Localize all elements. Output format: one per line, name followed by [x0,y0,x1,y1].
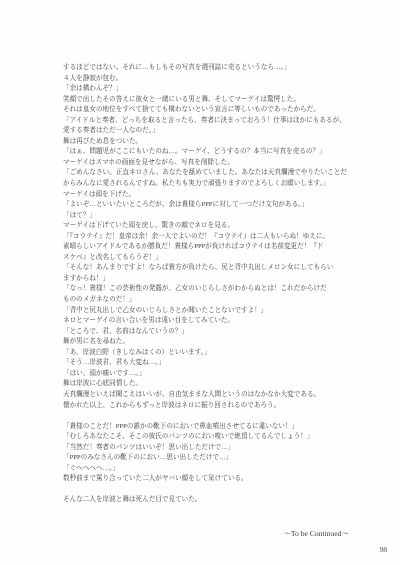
text-line: 素晴らしいアイドルであるか勝負だ！貴様らPPPが負ければコウテイは名前変更だ！『… [63,242,349,253]
text-line: 「あ、岸波白野（きしなみはくの）といいます。」 [63,348,349,359]
text-line: からみんなに愛されるんですね。私たちも実力で頑張りますのでよろしくお願いします。… [63,179,349,190]
text-line: 舞は再びため息をついた。 [63,137,349,148]
text-line: 「よいぞ…といいたいところだが、余は貴様らPPPに対して一つだけ文句がある。」 [63,200,349,211]
text-line: 懐かれた以上、これからもずっと岸波はネロに振り回されるのであろう。 [63,401,349,412]
text-line: 舞は岸波に心底同情した。 [63,379,349,390]
text-line: するほどではない。それに…もしもその写真を週刊誌に売るというなら…。」 [63,63,349,74]
text-line: 「『コウテイ』だ！皇帝は余！余一人でよいのだ！『コウテイ』は二人もいらぬ！ゆえに… [63,232,349,243]
text-line: 「なっ！貴様！この芸術性の発露が、乙女のいじらしさがわからぬとは！これだからけだ [63,284,349,295]
text-line: スケベ』と改名してもらうぞ！」 [63,253,349,264]
text-line: 「はて？」 [63,211,349,222]
text-line: 「当然だ！奏者のパンツはいいぞ！思い出しただけで…」 [63,443,349,454]
text-line: 「そんな！あんまりですよ！ならば貴方が負けたら、尻と背中丸出しメロン女にしてもら… [63,263,349,274]
text-line: 「PPPのみなさんの靴下のにおい…思い出しただけで…」 [63,453,349,464]
text-line: 「余は構わんぞ？」 [63,84,349,95]
page-text-block: するほどではない。それに…もしもその写真を週刊誌に売るというなら…。」４人を静寂… [63,63,349,539]
text-line: マーゲイはスマホの画面を見せながら、写真を削除した。 [63,158,349,169]
text-line: ４人を静寂が包む。 [63,74,349,85]
text-line: 舞が男に名を尋ねた。 [63,337,349,348]
to-be-continued-label: ～To be Continued～ [63,528,349,539]
text-line: 「はい、頭が痛いです…。」 [63,369,349,380]
novel-page: するほどではない。それに…もしもその写真を週刊誌に売るというなら…。」４人を静寂… [0,0,400,565]
text-line: 笑顔で出したその答えに彼女と一緒にいる男と舞、そしてマーゲイは驚愕した。 [63,95,349,106]
text-line: 「ごめんなさい。正直ネロさん、あなたを舐めていました。あなたは天真爛漫でやりたい… [63,168,349,179]
text-line: 天真爛漫といえば聞こえはいいが、自由気ままな人間というのはなかなか大変である。 [63,390,349,401]
text-line: もののメガネなのだ！」 [63,295,349,306]
text-line: 「むしろあなたこそ、そこの彼氏のパンツのにおい嗅いで絶頂してるんでしょう！」 [63,432,349,443]
text-line: それは皇女の地位をすべて捨てても構わないという宣言に等しいものであったからだ。 [63,105,349,116]
text-line: マーゲイは下げていた頭を戻し、驚きの顔でネロを見る。 [63,221,349,232]
text-line: 「はぁ、問題児がここにもいたのね…。マーゲイ、どうするの？本当に写真を売るの？」 [63,147,349,158]
text-lines-container: するほどではない。それに…もしもその写真を週刊誌に売るというなら…。」４人を静寂… [63,63,349,506]
text-line: 「貴様のことだ！PPPの誰かの靴下のにおいで鼻血噴出させてるに違いない！」 [63,422,349,433]
text-line: マーゲイは頭を下げた。 [63,190,349,201]
text-line [63,411,349,422]
text-line: そんな二人を岸波と舞は死んだ目で見ていた。 [63,495,349,506]
page-number: 98 [380,545,388,554]
text-line: 数秒前まで罵り合っていた二人がヤバい顔をして呆けている。 [63,474,349,485]
text-line: ますからね！」 [63,274,349,285]
text-line: 「ぐへへへへ…。」 [63,464,349,475]
text-line: ネロとマーゲイの言い合いを男は遠い目をしてみていた。 [63,316,349,327]
text-line: 「アイドルと奏者、どっちを取ると言ったら、奏者に決まっておろう！仕事はほかにもあ… [63,116,349,127]
text-line: 「ところで、君、名前はなんていうの？」 [63,327,349,338]
text-line: 愛する奏者はただ一人なのだ。」 [63,126,349,137]
text-line [63,485,349,496]
text-line: 「背中と尻丸出しで乙女のいじらしさとか聞いたことないですよ！」 [63,306,349,317]
text-line: 「そう…岸波君、君も大変ね…。」 [63,358,349,369]
